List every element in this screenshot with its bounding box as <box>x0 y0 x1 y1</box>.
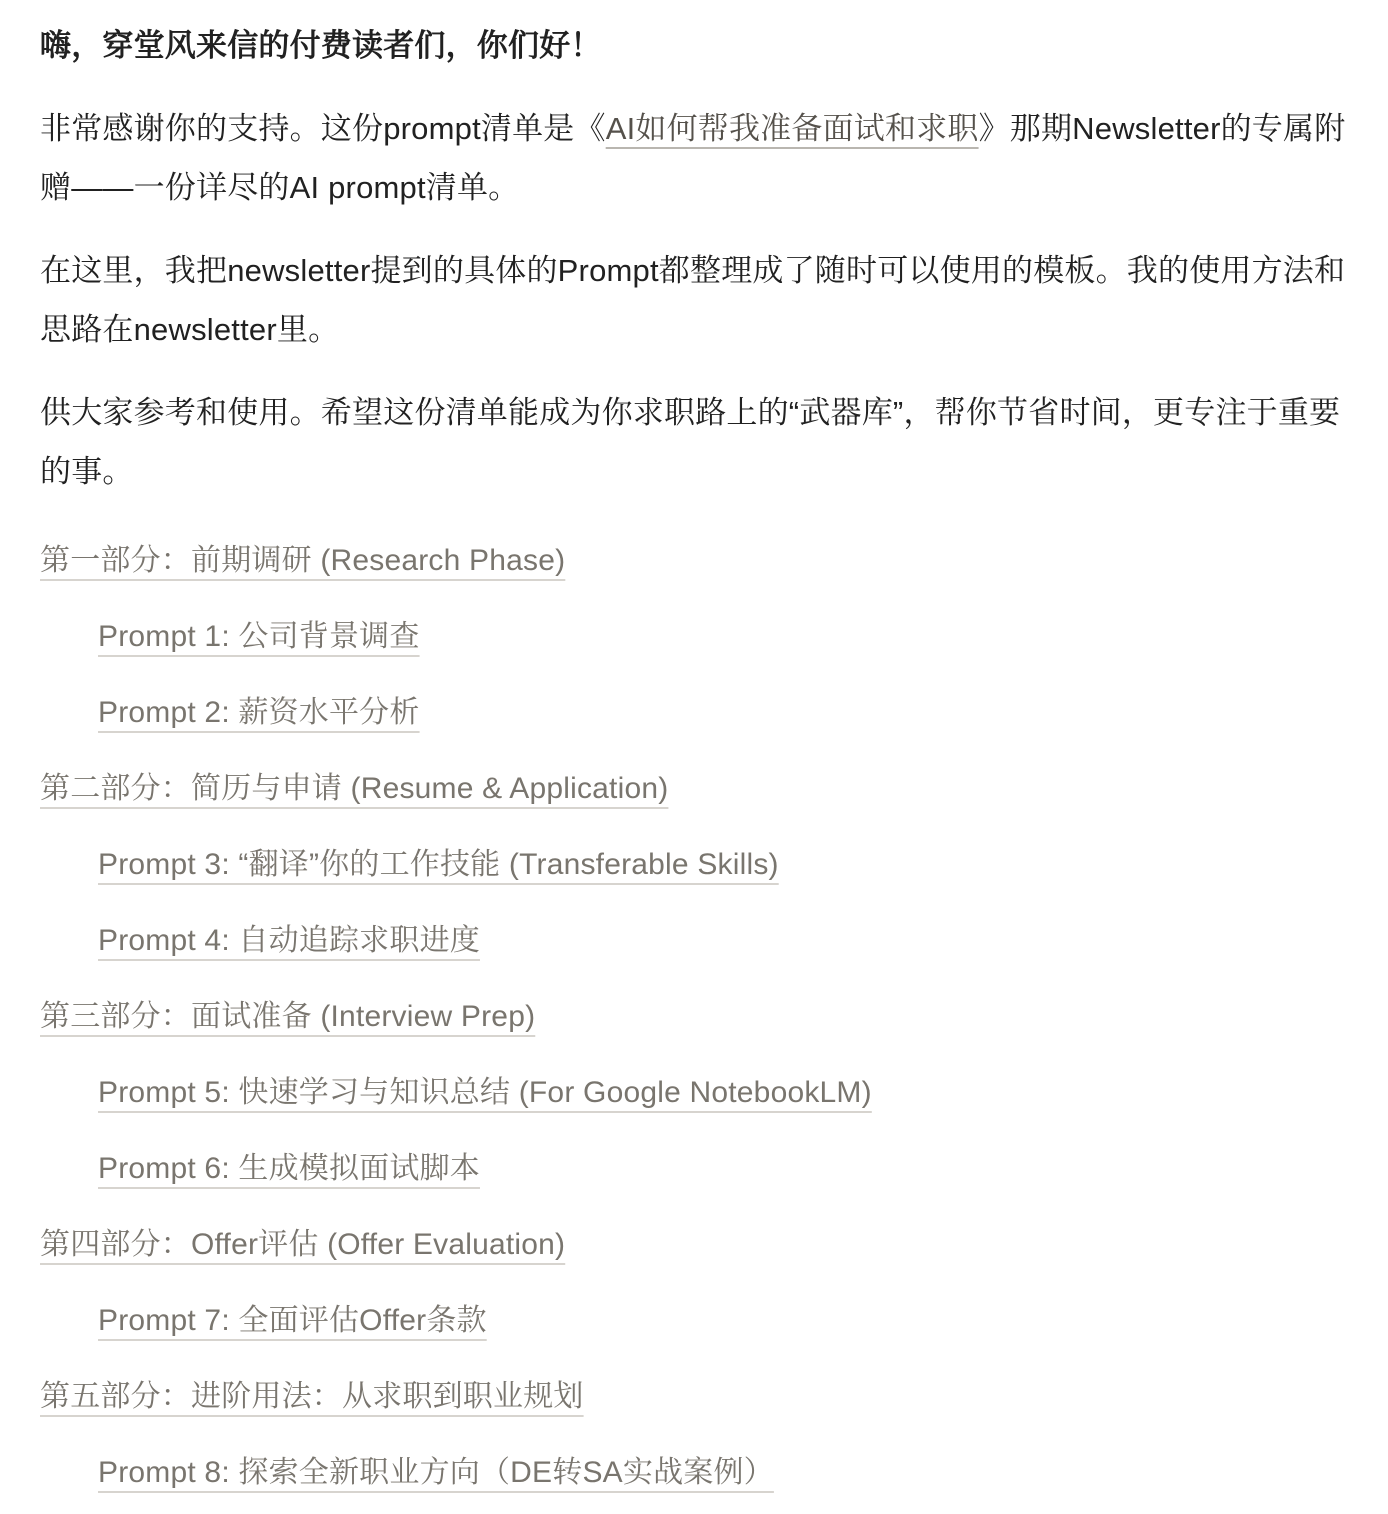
thanks-paragraph: 非常感谢你的支持。这份prompt清单是《AI如何帮我准备面试和求职》那期New… <box>40 99 1348 217</box>
body-paragraph-wish: 供大家参考和使用。希望这份清单能成为你求职路上的“武器库”，帮你节省时间，更专注… <box>40 383 1348 501</box>
toc-row-part-5: 第五部分：进阶用法：从求职到职业规划 <box>40 1367 1348 1426</box>
newsletter-page: 嗨，穿堂风来信的付费读者们，你们好！ 非常感谢你的支持。这份prompt清单是《… <box>0 0 1388 1514</box>
thanks-text-before-link: 非常感谢你的支持。这份prompt清单是《 <box>40 111 606 146</box>
toc-link-part-3[interactable]: 第三部分：面试准备 (Interview Prep) <box>40 1000 535 1033</box>
toc-link-prompt-8[interactable]: Prompt 8: 探索全新职业方向（DE转SA实战案例） <box>98 1456 774 1489</box>
toc-link-prompt-3[interactable]: Prompt 3: “翻译”你的工作技能 (Transferable Skill… <box>98 848 779 881</box>
toc-link-prompt-7[interactable]: Prompt 7: 全面评估Offer条款 <box>98 1304 487 1337</box>
toc-row-prompt-6: Prompt 6: 生成模拟面试脚本 <box>40 1139 1348 1198</box>
toc-link-prompt-4[interactable]: Prompt 4: 自动追踪求职进度 <box>98 924 480 957</box>
toc-row-prompt-8: Prompt 8: 探索全新职业方向（DE转SA实战案例） <box>40 1443 1348 1502</box>
toc-row-prompt-5: Prompt 5: 快速学习与知识总结 (For Google Notebook… <box>40 1063 1348 1122</box>
toc-row-prompt-3: Prompt 3: “翻译”你的工作技能 (Transferable Skill… <box>40 835 1348 894</box>
toc-row-prompt-7: Prompt 7: 全面评估Offer条款 <box>40 1291 1348 1350</box>
toc-link-part-5[interactable]: 第五部分：进阶用法：从求职到职业规划 <box>40 1380 584 1413</box>
toc-link-prompt-1[interactable]: Prompt 1: 公司背景调查 <box>98 620 420 653</box>
toc-row-prompt-4: Prompt 4: 自动追踪求职进度 <box>40 911 1348 970</box>
toc-row-part-3: 第三部分：面试准备 (Interview Prep) <box>40 987 1348 1046</box>
toc-row-prompt-2: Prompt 2: 薪资水平分析 <box>40 683 1348 742</box>
toc-link-part-4[interactable]: 第四部分：Offer评估 (Offer Evaluation) <box>40 1228 565 1261</box>
table-of-contents: 第一部分：前期调研 (Research Phase) Prompt 1: 公司背… <box>40 531 1348 1502</box>
toc-link-part-1[interactable]: 第一部分：前期调研 (Research Phase) <box>40 544 565 577</box>
toc-row-part-1: 第一部分：前期调研 (Research Phase) <box>40 531 1348 590</box>
toc-row-prompt-1: Prompt 1: 公司背景调查 <box>40 607 1348 666</box>
toc-link-prompt-2[interactable]: Prompt 2: 薪资水平分析 <box>98 696 420 729</box>
newsletter-issue-link[interactable]: AI如何帮我准备面试和求职 <box>606 111 979 146</box>
greeting-paragraph: 嗨，穿堂风来信的付费读者们，你们好！ <box>40 16 1348 75</box>
toc-row-part-4: 第四部分：Offer评估 (Offer Evaluation) <box>40 1215 1348 1274</box>
toc-link-prompt-5[interactable]: Prompt 5: 快速学习与知识总结 (For Google Notebook… <box>98 1076 872 1109</box>
toc-row-part-2: 第二部分：简历与申请 (Resume & Application) <box>40 759 1348 818</box>
toc-link-prompt-6[interactable]: Prompt 6: 生成模拟面试脚本 <box>98 1152 480 1185</box>
toc-link-part-2[interactable]: 第二部分：简历与申请 (Resume & Application) <box>40 772 668 805</box>
body-paragraph-templates: 在这里，我把newsletter提到的具体的Prompt都整理成了随时可以使用的… <box>40 241 1348 359</box>
